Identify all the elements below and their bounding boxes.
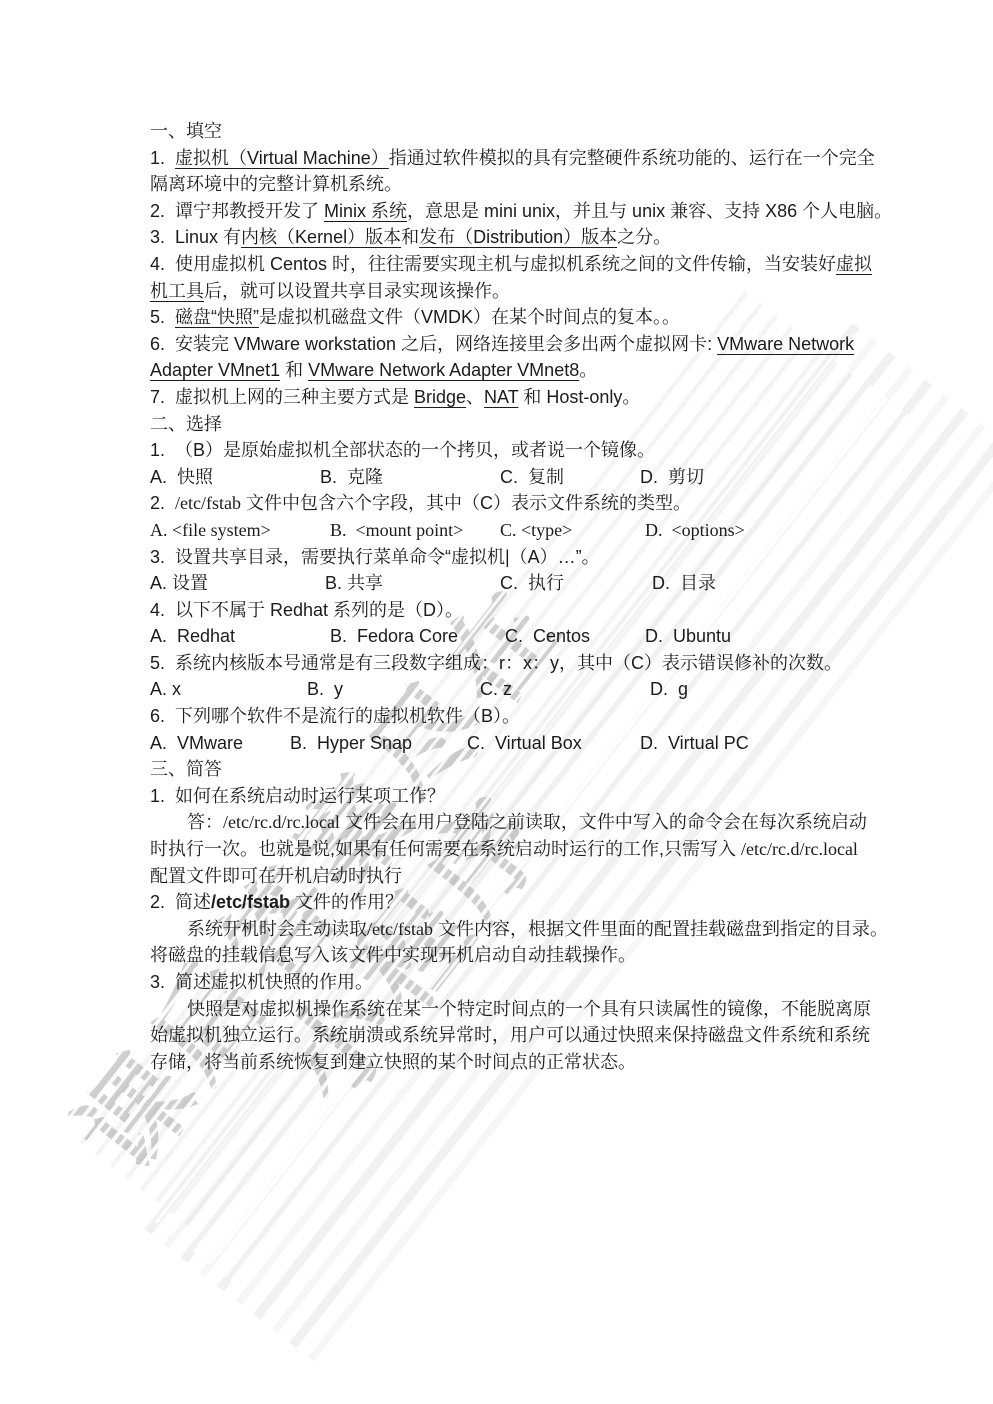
fill-blank-answer: 内核（Kernel）版本 (241, 227, 401, 247)
text-segment: 3. Linux 有 (150, 227, 241, 247)
doc-line: 始虚拟机独立运行。系统崩溃或系统异常时，用户可以通过快照来保持磁盘文件系统和系统 (150, 1022, 850, 1049)
text-segment: 后，就可以设置共享目录实现该操作。 (204, 281, 510, 301)
doc-line: 4. 使用虚拟机 Centos 时，往往需要实现主机与虚拟机系统之间的文件传输，… (150, 251, 850, 278)
choice-options-row: A. 设置B. 共享C. 执行D. 目录 (150, 570, 850, 597)
doc-line: 3. 设置共享目录，需要执行菜单命令“虚拟机|（A）…”。 (150, 544, 850, 571)
doc-line: 4. 以下不属于 Redhat 系列的是（D）。 (150, 597, 850, 624)
fill-blank-answer: 发布（Distribution）版本 (419, 227, 617, 247)
option-cell: B. Fedora Core (330, 623, 505, 650)
text-segment: 三、简答 (150, 759, 222, 779)
option-cell: B. y (307, 676, 480, 703)
text-segment: 始虚拟机独立运行。系统崩溃或系统异常时，用户可以通过快照来保持磁盘文件系统和系统 (150, 1025, 870, 1045)
text-segment: /etc/rc.d/rc.local (223, 812, 340, 832)
text-segment: ，意思是 mini unix，并且与 unix 兼容、支持 X86 个人电脑。 (407, 201, 892, 221)
doc-line: Adapter VMnet1 和 VMware Network Adapter … (150, 357, 850, 384)
option-cell: D. 剪切 (640, 464, 850, 491)
option-cell: D. g (650, 676, 850, 703)
text-segment: 5. 系统内核版本号通常是有三段数字组成：r：x：y，其中（C）表示错误修补的次… (150, 653, 842, 673)
option-cell: A. <file system> (150, 517, 330, 544)
doc-line: 答：/etc/rc.d/rc.local 文件会在用户登陆之前读取，文件中写入的… (150, 809, 850, 836)
fill-blank-answer: VMware Network (717, 334, 854, 354)
option-cell: B. 共享 (325, 570, 500, 597)
text-segment: 3. 设置共享目录，需要执行菜单命令“虚拟机|（A）…”。 (150, 547, 600, 567)
text-segment: 和 (280, 360, 308, 380)
doc-line: 6. 下列哪个软件不是流行的虚拟机软件（B）。 (150, 703, 850, 730)
option-cell: A. 设置 (150, 570, 325, 597)
text-segment: 和 Host-only。 (518, 387, 640, 407)
fill-blank-answer: Adapter VMnet1 (150, 360, 280, 380)
choice-options-row: A. RedhatB. Fedora CoreC. CentosD. Ubunt… (150, 623, 850, 650)
text-segment: 文件的作用？ (290, 892, 403, 912)
option-cell: D. <options> (645, 517, 850, 544)
text-segment: 存储，将当前系统恢复到建立快照的某个时间点的正常状态。 (150, 1052, 636, 1072)
text-segment: 4. 以下不属于 Redhat 系列的是（D）。 (150, 600, 463, 620)
text-segment: 和 (401, 227, 419, 247)
text-segment: 之分。 (617, 227, 671, 247)
text-segment: 6. 安装完 VMware workstation 之后，网络连接里会多出两个虚… (150, 334, 717, 354)
text-segment: 。 (579, 360, 597, 380)
text-segment: 文件会在用户登陆之前读取，文件中写入的命令会在每次系统启动 (340, 812, 867, 832)
text-segment: 指通过软件模拟的具有完整硬件系统功能的、运行在一个完全 (389, 148, 875, 168)
doc-line: 机工具后，就可以设置共享目录实现该操作。 (150, 278, 850, 305)
fill-blank-answer: 虚拟 (836, 254, 872, 274)
doc-line: 3. Linux 有内核（Kernel）版本和发布（Distribution）版… (150, 224, 850, 251)
doc-line: 6. 安装完 VMware workstation 之后，网络连接里会多出两个虚… (150, 331, 850, 358)
option-cell: C. 执行 (500, 570, 652, 597)
text-segment: 文件内容，根据文件里面的配置挂载磁盘到指定的目录。 (433, 919, 888, 939)
fill-blank-answer: VMware Network Adapter VMnet8 (308, 360, 579, 380)
text-segment: 3. 简述虚拟机快照的作用。 (150, 972, 373, 992)
text-segment: 系统开机时会主动读取 (187, 919, 367, 939)
option-cell: D. Virtual PC (640, 730, 850, 757)
option-cell: C. Virtual Box (467, 730, 640, 757)
doc-line: 3. 简述虚拟机快照的作用。 (150, 969, 850, 996)
fill-blank-answer: NAT (484, 387, 518, 407)
doc-line: 1. 虚拟机（Virtual Machine）指通过软件模拟的具有完整硬件系统功… (150, 145, 850, 172)
doc-line: 二、选择 (150, 411, 850, 438)
text-segment: 文件中包含六个字段，其中（C）表示文件系统的类型。 (241, 493, 691, 513)
option-cell: C. 复制 (500, 464, 640, 491)
option-cell: C. Centos (505, 623, 645, 650)
text-segment: 配置文件即可在开机启动时执行 (150, 866, 402, 886)
fill-blank-answer: 机工具 (150, 281, 204, 301)
option-cell: A. Redhat (150, 623, 330, 650)
text-segment: 1. （B）是原始虚拟机全部状态的一个拷贝，或者说一个镜像。 (150, 440, 655, 460)
option-cell: B. <mount point> (330, 517, 500, 544)
option-cell: B. Hyper Snap (290, 730, 467, 757)
doc-line: 5. 系统内核版本号通常是有三段数字组成：r：x：y，其中（C）表示错误修补的次… (150, 650, 850, 677)
option-cell: D. Ubuntu (645, 623, 850, 650)
doc-line: 2. 简述/etc/fstab 文件的作用？ (150, 889, 850, 916)
text-segment: 快照是对虚拟机操作系统在某一个特定时间点的一个具有只读属性的镜像，不能脱离原 (187, 999, 871, 1019)
doc-line: 系统开机时会主动读取/etc/fstab 文件内容，根据文件里面的配置挂载磁盘到… (150, 916, 850, 943)
text-segment: /etc/fstab (211, 892, 290, 912)
text-segment: /etc/fstab (175, 493, 241, 513)
fill-blank-answer: Minix 系统 (324, 201, 407, 221)
document-body: 一、填空1. 虚拟机（Virtual Machine）指通过软件模拟的具有完整硬… (150, 118, 850, 1075)
option-cell: C. z (480, 676, 650, 703)
doc-line: 配置文件即可在开机启动时执行 (150, 863, 850, 890)
text-segment: 7. 虚拟机上网的三种主要方式是 (150, 387, 414, 407)
fill-blank-answer: 磁盘“快照” (175, 307, 259, 327)
text-segment: 4. 使用虚拟机 Centos 时，往往需要实现主机与虚拟机系统之间的文件传输，… (150, 254, 836, 274)
doc-line: 2. 谭宁邦教授开发了 Minix 系统，意思是 mini unix，并且与 u… (150, 198, 850, 225)
option-cell: C. <type> (500, 517, 645, 544)
option-cell: D. 目录 (652, 570, 850, 597)
doc-line: 快照是对虚拟机操作系统在某一个特定时间点的一个具有只读属性的镜像，不能脱离原 (150, 996, 850, 1023)
text-segment: 2. 谭宁邦教授开发了 (150, 201, 324, 221)
option-cell: A. VMware (150, 730, 290, 757)
doc-line: 存储，将当前系统恢复到建立快照的某个时间点的正常状态。 (150, 1049, 850, 1076)
doc-line: 时执行一次。也就是说,如果有任何需要在系统启动时运行的工作,只需写入 /etc/… (150, 836, 850, 863)
text-segment: 1. (150, 148, 175, 168)
choice-options-row: A. VMwareB. Hyper SnapC. Virtual BoxD. V… (150, 730, 850, 757)
option-cell: A. x (150, 676, 307, 703)
doc-line: 5. 磁盘“快照”是虚拟机磁盘文件（VMDK）在某个时间点的复本。。 (150, 304, 850, 331)
text-segment: 2. (150, 493, 175, 513)
option-cell: B. 克隆 (320, 464, 500, 491)
doc-line: 1. （B）是原始虚拟机全部状态的一个拷贝，或者说一个镜像。 (150, 437, 850, 464)
text-segment: 答： (187, 812, 223, 832)
doc-line: 隔离环境中的完整计算机系统。 (150, 171, 850, 198)
text-segment: 2. 简述 (150, 892, 211, 912)
text-segment: 时执行一次。也就是说,如果有任何需要在系统启动时运行的工作,只需写入 (150, 839, 741, 859)
doc-line: 三、简答 (150, 756, 850, 783)
text-segment: 6. 下列哪个软件不是流行的虚拟机软件（B）。 (150, 706, 520, 726)
option-cell: A. 快照 (150, 464, 320, 491)
doc-line: 将磁盘的挂载信息写入该文件中实现开机启动自动挂载操作。 (150, 942, 850, 969)
text-segment: 、 (466, 387, 484, 407)
text-segment: 1. 如何在系统启动时运行某项工作？ (150, 786, 445, 806)
text-segment: 是虚拟机磁盘文件（VMDK）在某个时间点的复本。。 (259, 307, 680, 327)
doc-line: 7. 虚拟机上网的三种主要方式是 Bridge、NAT 和 Host-only。 (150, 384, 850, 411)
doc-line: 2. /etc/fstab 文件中包含六个字段，其中（C）表示文件系统的类型。 (150, 490, 850, 517)
doc-line: 一、填空 (150, 118, 850, 145)
text-segment: 将磁盘的挂载信息写入该文件中实现开机启动自动挂载操作。 (150, 945, 636, 965)
choice-options-row: A. 快照B. 克隆C. 复制D. 剪切 (150, 464, 850, 491)
text-segment: 一、填空 (150, 121, 222, 141)
text-segment: 5. (150, 307, 175, 327)
choice-options-row: A. xB. yC. zD. g (150, 676, 850, 703)
fill-blank-answer: Bridge (414, 387, 466, 407)
text-segment: 隔离环境中的完整计算机系统。 (150, 174, 402, 194)
fill-blank-answer: 虚拟机（Virtual Machine） (175, 148, 389, 168)
text-segment: /etc/rc.d/rc.local (741, 839, 858, 859)
choice-options-row: A. <file system>B. <mount point>C. <type… (150, 517, 850, 544)
text-segment: 二、选择 (150, 414, 222, 434)
doc-line: 1. 如何在系统启动时运行某项工作？ (150, 783, 850, 810)
text-segment: /etc/fstab (367, 919, 433, 939)
